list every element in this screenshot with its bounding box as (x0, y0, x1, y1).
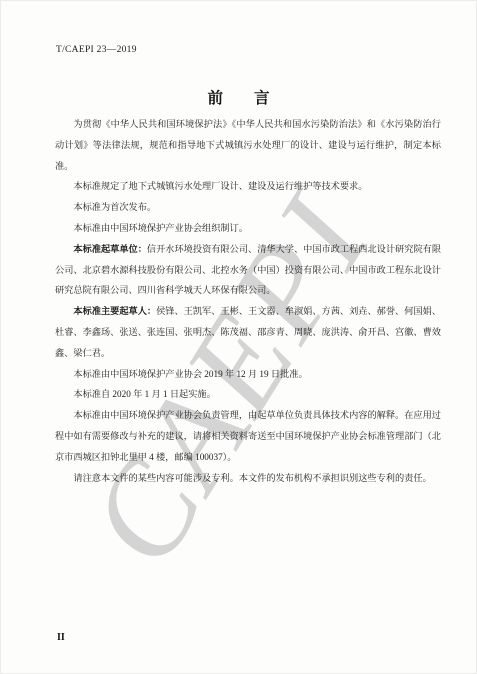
foreword-body: 为贯彻《中华人民共和国环境保护法》《中华人民共和国水污染防治法》和《水污染防治行… (55, 114, 441, 488)
paragraph-first-issue: 本标准为首次发布。 (55, 197, 441, 218)
page-number: II (57, 632, 65, 643)
paragraph-patent-note: 请注意本文件的某些内容可能涉及专利。本文件的发布机构不承担识别这些专利的责任。 (55, 468, 441, 489)
drafting-units-label: 本标准起草单位： (73, 244, 147, 254)
standard-code-header: T/CAEPI 23—2019 (56, 45, 137, 55)
paragraph-management: 本标准由中国环境保护产业协会负责管理，由起草单位负责具体技术内容的解释。在应用过… (55, 405, 441, 467)
paragraph-drafters: 本标准主要起草人：侯锋、王凯军、王彬、王文器、牟淑娟、方茜、刘垚、郝誉、何国娟、… (55, 301, 441, 363)
page-title: 前 言 (1, 86, 476, 108)
paragraph-effective-date: 本标准自 2020 年 1 月 1 日起实施。 (55, 384, 441, 405)
paragraph-drafting-units: 本标准起草单位：信开水环境投资有限公司、清华大学、中国市政工程西北设计研究院有限… (55, 239, 441, 301)
paragraph-scope: 本标准规定了地下式城镇污水处理厂设计、建设及运行维护等技术要求。 (55, 176, 441, 197)
paragraph-organizer: 本标准由中国环境保护产业协会组织制订。 (55, 218, 441, 239)
paragraph-purpose: 为贯彻《中华人民共和国环境保护法》《中华人民共和国水污染防治法》和《水污染防治行… (55, 114, 441, 176)
document-page: CAEPI T/CAEPI 23—2019 前 言 为贯彻《中华人民共和国环境保… (0, 0, 477, 674)
paragraph-approval: 本标准由中国环境保护产业协会 2019 年 12 月 19 日批准。 (55, 364, 441, 385)
drafters-label: 本标准主要起草人： (73, 306, 156, 316)
